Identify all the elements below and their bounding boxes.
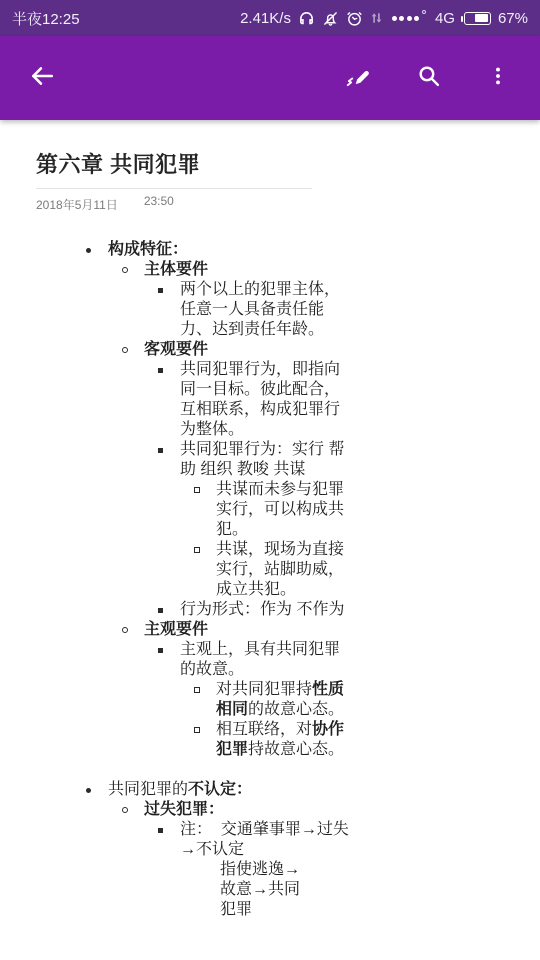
back-arrow-icon bbox=[29, 63, 55, 94]
outline-item-text: 构成特征： bbox=[108, 240, 188, 260]
outline-item: 客观要件 bbox=[36, 340, 540, 360]
outline-item: 共同犯罪行为，即指向同一目标。彼此配合，互相联系，构成犯罪行为整体。 bbox=[36, 360, 540, 440]
outline-item: 相互联络，对协作犯罪持故意心态。 bbox=[36, 720, 540, 760]
square-bullet-icon bbox=[158, 640, 180, 660]
circle-bullet-icon bbox=[122, 620, 144, 640]
note-page[interactable]: 第六章 共同犯罪 2018年5月11日23:50 构成特征：主体要件两个以上的犯… bbox=[0, 120, 540, 960]
signal-dots-icon bbox=[392, 16, 426, 21]
outline-item-text: 两个以上的犯罪主体，任意一人具备责任能力、达到责任年龄。 bbox=[180, 280, 349, 340]
title-divider bbox=[36, 188, 312, 189]
circle-bullet-icon bbox=[122, 260, 144, 280]
outline-item: 共同犯罪的不认定： bbox=[36, 780, 540, 800]
network-speed: 2.41K/s bbox=[240, 10, 291, 27]
outline-item-text: 对共同犯罪持性质相同的故意心态。 bbox=[216, 680, 352, 720]
ink-annotate-button[interactable] bbox=[334, 54, 382, 102]
square-hollow-bullet-icon bbox=[194, 480, 216, 500]
outline-item-text: 主体要件 bbox=[144, 260, 208, 280]
outline-item: 共谋而未参与犯罪实行，可以构成共犯。 bbox=[36, 480, 540, 540]
outline-item: 构成特征： bbox=[36, 240, 540, 260]
battery-icon bbox=[464, 12, 491, 25]
search-icon bbox=[416, 63, 441, 93]
outline-item-text: 共谋，现场为直接实行，站脚助威，成立共犯。 bbox=[216, 540, 352, 600]
outline-item-text: 主观要件 bbox=[144, 620, 208, 640]
outline-item: 共同犯罪行为：实行 帮助 组织 教唆 共谋 bbox=[36, 440, 540, 480]
status-bar: 半夜12:25 2.41K/s bbox=[0, 0, 540, 36]
network-type: 4G bbox=[435, 10, 455, 27]
notifications-muted-icon bbox=[322, 10, 339, 27]
square-bullet-icon bbox=[158, 600, 180, 620]
outline-item: 过失犯罪： bbox=[36, 800, 540, 820]
outline-item-text: 客观要件 bbox=[144, 340, 208, 360]
outline-item: 注： 交通肇事罪→过失→不认定 bbox=[36, 820, 540, 860]
outline-item-text: 共同犯罪行为：实行 帮助 组织 教唆 共谋 bbox=[180, 440, 349, 480]
note-meta: 2018年5月11日23:50 bbox=[36, 196, 540, 213]
headset-icon bbox=[298, 10, 315, 27]
circle-bullet-icon bbox=[122, 340, 144, 360]
outline-item: 行为形式：作为 不作为 bbox=[36, 600, 540, 620]
note-title: 第六章 共同犯罪 bbox=[36, 148, 540, 179]
outline-item: 主观上，具有共同犯罪的故意。 bbox=[36, 640, 540, 680]
search-button[interactable] bbox=[404, 54, 452, 102]
outline-item: 主体要件 bbox=[36, 260, 540, 280]
overflow-menu-icon bbox=[487, 65, 509, 92]
outline-item-text: 共谋而未参与犯罪实行，可以构成共犯。 bbox=[216, 480, 352, 540]
square-bullet-icon bbox=[158, 440, 180, 460]
back-button[interactable] bbox=[18, 54, 66, 102]
square-hollow-bullet-icon bbox=[194, 680, 216, 700]
square-hollow-bullet-icon bbox=[194, 540, 216, 560]
battery-percent: 67% bbox=[498, 10, 528, 27]
square-bullet-icon bbox=[158, 820, 180, 840]
outline-item: 指使逃逸→故意→共同犯罪 bbox=[36, 860, 540, 920]
alarm-icon bbox=[346, 10, 363, 27]
note-date: 2018年5月11日 bbox=[36, 198, 118, 212]
note-outline: 构成特征：主体要件两个以上的犯罪主体，任意一人具备责任能力、达到责任年龄。客观要… bbox=[36, 240, 540, 920]
ink-pen-icon bbox=[345, 63, 371, 94]
outline-item: 两个以上的犯罪主体，任意一人具备责任能力、达到责任年龄。 bbox=[36, 280, 540, 340]
outline-spacer bbox=[36, 760, 540, 780]
outline-item-text: 过失犯罪： bbox=[144, 800, 224, 820]
circle-bullet-icon bbox=[122, 800, 144, 820]
square-bullet-icon bbox=[158, 280, 180, 300]
data-arrows-icon bbox=[370, 10, 383, 26]
phone-screen: 半夜12:25 2.41K/s bbox=[0, 0, 540, 960]
outline-item-text: 指使逃逸→故意→共同犯罪 bbox=[220, 860, 300, 920]
disc-bullet-icon bbox=[86, 240, 108, 260]
outline-item-text: 主观上，具有共同犯罪的故意。 bbox=[180, 640, 349, 680]
note-time: 23:50 bbox=[144, 194, 174, 208]
outline-item-text: 相互联络，对协作犯罪持故意心态。 bbox=[216, 720, 352, 760]
square-hollow-bullet-icon bbox=[194, 720, 216, 740]
outline-item: 对共同犯罪持性质相同的故意心态。 bbox=[36, 680, 540, 720]
app-bar bbox=[0, 36, 540, 120]
overflow-menu-button[interactable] bbox=[474, 54, 522, 102]
status-time: 半夜12:25 bbox=[12, 8, 80, 29]
disc-bullet-icon bbox=[86, 780, 108, 800]
outline-item-text: 行为形式：作为 不作为 bbox=[180, 600, 349, 620]
square-bullet-icon bbox=[158, 360, 180, 380]
outline-item-text: 注： 交通肇事罪→过失→不认定 bbox=[180, 820, 349, 860]
status-right-cluster: 2.41K/s bbox=[240, 10, 528, 27]
outline-item: 主观要件 bbox=[36, 620, 540, 640]
outline-item-text: 共同犯罪的不认定： bbox=[108, 780, 252, 800]
outline-item-text: 共同犯罪行为，即指向同一目标。彼此配合，互相联系，构成犯罪行为整体。 bbox=[180, 360, 349, 440]
outline-item: 共谋，现场为直接实行，站脚助威，成立共犯。 bbox=[36, 540, 540, 600]
